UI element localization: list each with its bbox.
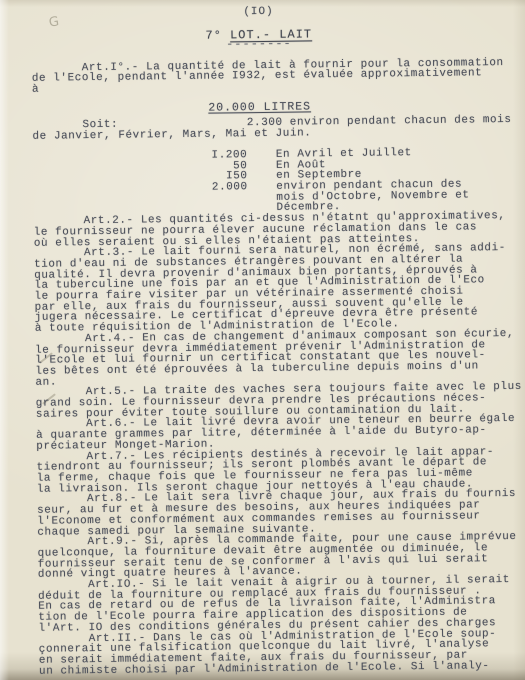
quantity-value: 20.000 LITRES <box>208 100 311 114</box>
document-page: G (IO) 7° LOT.- LAIT -------- Art.I°.- L… <box>0 0 525 680</box>
typed-content: (IO) 7° LOT.- LAIT -------- Art.I°.- La … <box>0 0 525 680</box>
article-1-block: Art.I°.- La quantité de lait à fournir p… <box>0 58 522 97</box>
document-body: Soit: 2.300 environ pendant chacun des m… <box>0 115 525 678</box>
page-number: (IO) <box>0 3 521 21</box>
